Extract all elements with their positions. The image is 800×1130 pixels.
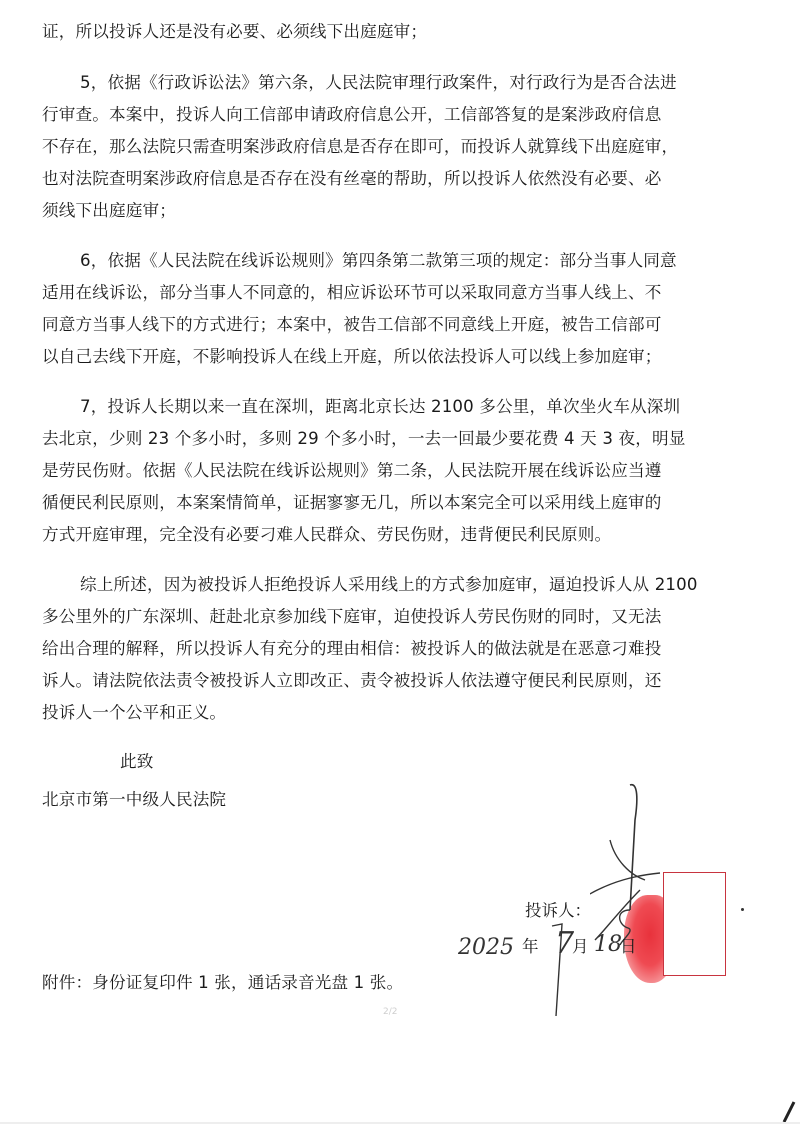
text-line: 投诉人一个公平和正义。 (42, 703, 226, 723)
text-line: 5，依据《行政诉讼法》第六条，人民法院审理行政案件，对行政行为是否合法进 (80, 73, 677, 93)
text-line: 多公里外的广东深圳、赶赴北京参加线下庭审，迫使投诉人劳民伤财的同时，又无法 (42, 607, 662, 627)
scan-edge (0, 1122, 800, 1124)
date-year-handwritten: 2025 (458, 935, 514, 960)
text-line: 适用在线诉讼，部分当事人不同意的，相应诉讼环节可以采取同意方当事人线上、不 (42, 283, 662, 303)
text-line: 也对法院查明案涉政府信息是否存在没有丝毫的帮助，所以投诉人依然没有必要、必 (42, 169, 662, 189)
text-line: 给出合理的解释，所以投诉人有充分的理由相信：被投诉人的做法就是在恶意刁难投 (42, 639, 662, 659)
complainant-label: 投诉人： (525, 897, 591, 921)
closing-salutation: 此致 (120, 752, 154, 772)
month-stroke-icon (548, 920, 568, 1020)
date-year-unit: 年 (522, 933, 539, 957)
text-line: 7，投诉人长期以来一直在深圳，距离北京长达 2100 多公里，单次坐火车从深圳 (80, 397, 680, 417)
text-line: 须线下出庭庭审； (42, 201, 176, 221)
document-page: 证，所以投诉人还是没有必要、必须线下出庭庭审； 5，依据《行政诉讼法》第六条，人… (0, 0, 800, 1130)
text-line: 证，所以投诉人还是没有必要、必须线下出庭庭审； (42, 22, 427, 42)
text-line: 6，依据《人民法院在线诉讼规则》第四条第二款第三项的规定：部分当事人同意 (80, 251, 677, 271)
text-line: 方式开庭审理，完全没有必要刁难人民群众、劳民伤财，违背便民利民原则。 (42, 525, 611, 545)
date-day-handwritten: 18 (594, 932, 622, 957)
redacted-name-box (663, 872, 726, 976)
date-day-unit: 日 (620, 933, 637, 957)
page-number: 2/2 (383, 1007, 397, 1017)
text-line: 行审查。本案中，投诉人向工信部申请政府信息公开，工信部答复的是案涉政府信息 (42, 105, 662, 125)
attachments-note: 附件：身份证复印件 1 张，通话录音光盘 1 张。 (42, 973, 403, 993)
text-line: 循便民利民原则，本案案情简单，证据寥寥无几，所以本案完全可以采用线上庭审的 (42, 493, 662, 513)
text-line: 去北京，少则 23 个多小时，多则 29 个多小时，一去一回最少要花费 4 天 … (42, 429, 685, 449)
text-line: 以自己去线下开庭，不影响投诉人在线上开庭，所以依法投诉人可以线上参加庭审； (42, 347, 662, 367)
text-line: 同意方当事人线下的方式进行；本案中，被告工信部不同意线上开庭，被告工信部可 (42, 315, 662, 335)
text-line: 是劳民伤财。依据《人民法院在线诉讼规则》第二条，人民法院开展在线诉讼应当遵 (42, 461, 662, 481)
text-line: 诉人。请法院依法责令被投诉人立即改正、责令被投诉人依法遵守便民利民原则，还 (42, 671, 662, 691)
date-month-unit: 月 (572, 933, 589, 957)
recipient-court: 北京市第一中级人民法院 (42, 790, 226, 810)
text-line: 综上所述，因为被投诉人拒绝投诉人采用线上的方式参加庭审，逼迫投诉人从 2100 (80, 575, 698, 595)
text-line: 不存在，那么法院只需查明案涉政府信息是否存在即可，而投诉人就算线下出庭庭审， (42, 137, 678, 157)
stray-mark (741, 908, 744, 911)
